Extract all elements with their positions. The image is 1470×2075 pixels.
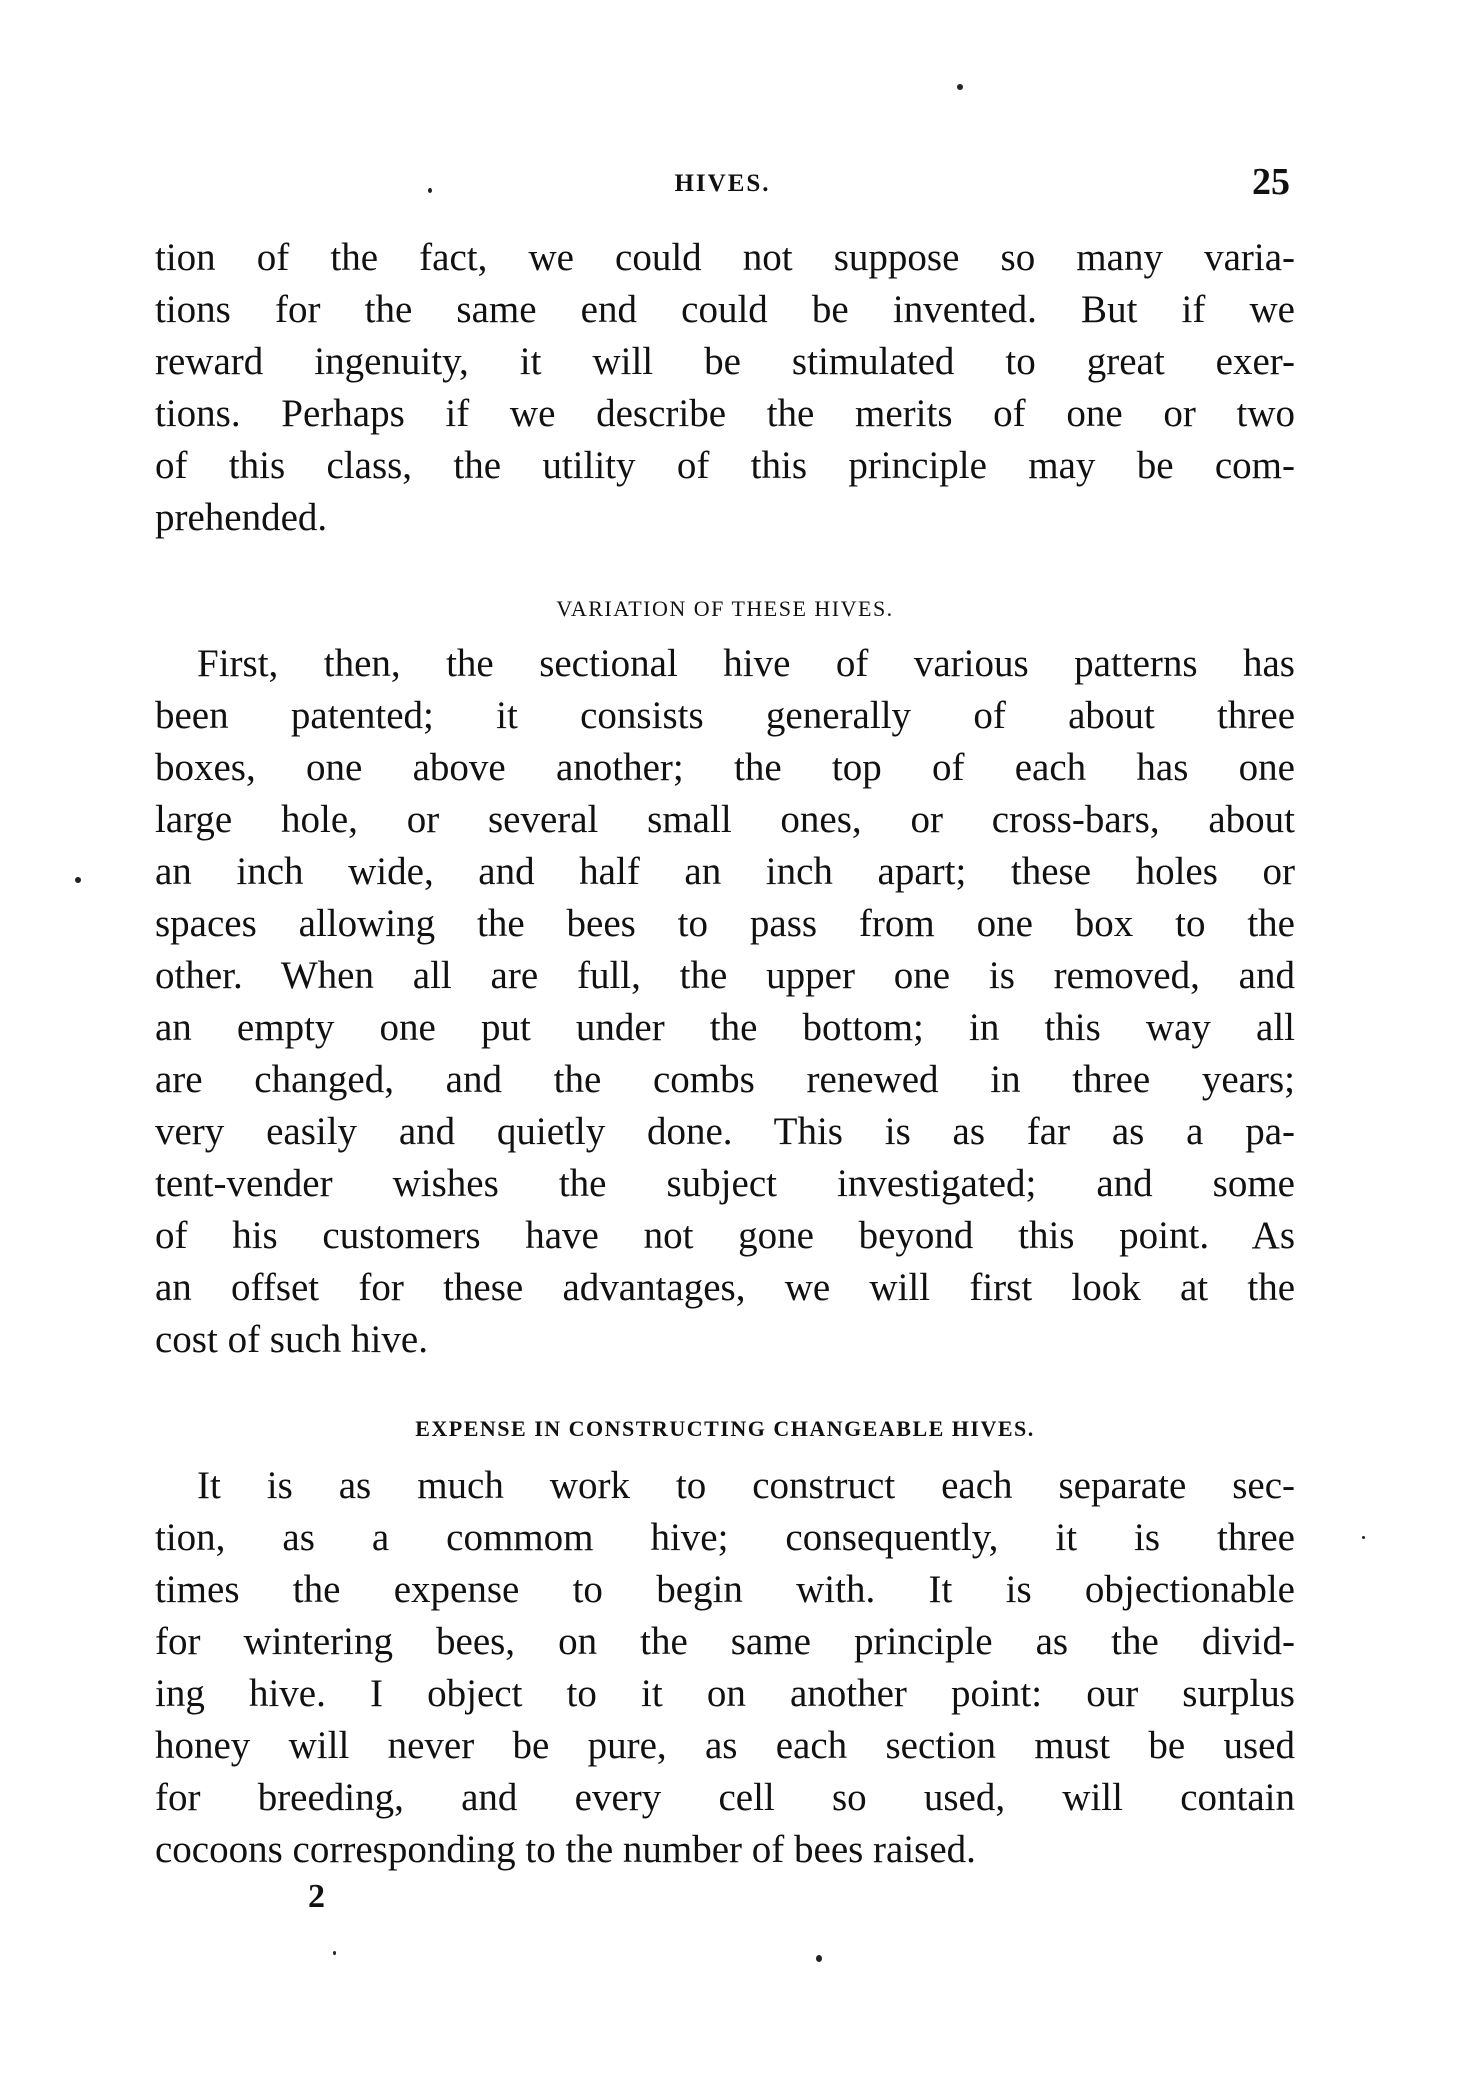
text-line: of his customers have not gone beyond th… (155, 1210, 1295, 1262)
text-line: very easily and quietly done. This is as… (155, 1106, 1295, 1158)
text-line: tion of the fact, we could not suppose s… (155, 232, 1295, 284)
expense-paragraph: It is as much work to construct each sep… (155, 1460, 1295, 1876)
scan-speck (333, 1951, 336, 1955)
text-line: ing hive. I object to it on another poin… (155, 1668, 1295, 1720)
text-line: spaces allowing the bees to pass from on… (155, 898, 1295, 950)
signature-mark: 2 (308, 1878, 325, 1916)
page-number: 25 (1252, 160, 1290, 204)
text-line: reward ingenuity, it will be stimulated … (155, 336, 1295, 388)
text-line: tions. Perhaps if we describe the merits… (155, 388, 1295, 440)
section-heading-variation: VARIATION OF THESE HIVES. (155, 596, 1295, 622)
text-line: of this class, the utility of this princ… (155, 440, 1295, 492)
scan-speck (816, 1955, 822, 1962)
text-line: tion, as a commom hive; consequently, it… (155, 1512, 1295, 1564)
text-line: an offset for these advantages, we will … (155, 1262, 1295, 1314)
text-line: prehended. (155, 492, 1295, 544)
text-line: cost of such hive. (155, 1314, 1295, 1366)
book-page: HIVES. 25 tion of the fact, we could not… (0, 0, 1470, 2075)
text-line: are changed, and the combs renewed in th… (155, 1054, 1295, 1106)
scan-speck (428, 188, 432, 193)
intro-paragraph: tion of the fact, we could not suppose s… (155, 232, 1295, 544)
text-line: large hole, or several small ones, or cr… (155, 794, 1295, 846)
text-line: First, then, the sectional hive of vario… (155, 638, 1295, 690)
text-line: tent-vender wishes the subject investiga… (155, 1158, 1295, 1210)
text-line: cocoons corresponding to the number of b… (155, 1824, 1295, 1876)
scan-speck (957, 84, 963, 90)
text-line: other. When all are full, the upper one … (155, 950, 1295, 1002)
text-line: been patented; it consists generally of … (155, 690, 1295, 742)
text-line: an inch wide, and half an inch apart; th… (155, 846, 1295, 898)
scan-speck (75, 877, 81, 883)
variation-paragraph: First, then, the sectional hive of vario… (155, 638, 1295, 1366)
running-title: HIVES. (155, 170, 1290, 198)
text-line: an empty one put under the bottom; in th… (155, 1002, 1295, 1054)
text-line: honey will never be pure, as each sectio… (155, 1720, 1295, 1772)
text-line: It is as much work to construct each sep… (155, 1460, 1295, 1512)
section-heading-expense: EXPENSE IN CONSTRUCTING CHANGEABLE HIVES… (155, 1416, 1295, 1442)
running-head: HIVES. 25 (155, 160, 1290, 210)
text-line: tions for the same end could be invented… (155, 284, 1295, 336)
text-line: times the expense to begin with. It is o… (155, 1564, 1295, 1616)
scan-speck (1362, 1536, 1365, 1539)
text-line: for breeding, and every cell so used, wi… (155, 1772, 1295, 1824)
text-line: boxes, one above another; the top of eac… (155, 742, 1295, 794)
text-line: for wintering bees, on the same principl… (155, 1616, 1295, 1668)
